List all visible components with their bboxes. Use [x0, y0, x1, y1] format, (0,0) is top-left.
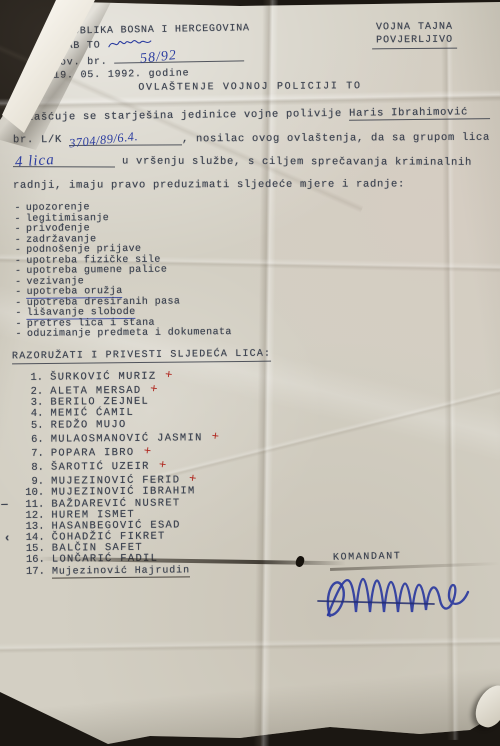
- handwritten-scribble: [106, 36, 152, 51]
- photographed-document: REPUBLIKA BOSNA I HERCEGOVINA ŠTAB TO Po…: [0, 0, 500, 746]
- paragraph-line: radnji, imaju pravo preduzimati sljedeće…: [13, 179, 490, 192]
- pen-tick-mark: ‹: [4, 533, 11, 544]
- red-cross-mark: +: [165, 368, 175, 380]
- paragraph-line: br. L/K 3704/89/6.4., nosilac ovog ovlaš…: [13, 133, 490, 146]
- date-line: 19. 05. 1992. godine: [53, 66, 250, 82]
- classification-block: VOJNA TAJNA POVJERLJIVO: [372, 21, 457, 50]
- handwritten-protocol-number: 58/92: [140, 49, 178, 66]
- group-size-blank: 4 lica: [13, 156, 115, 167]
- persons-list: 1.ŠURKOVIĆ MURIZ+ 2.ALETA MERSAD+ 3.BERI…: [15, 368, 222, 578]
- document-content: REPUBLIKA BOSNA I HERCEGOVINA ŠTAB TO Po…: [0, 0, 500, 746]
- document-title: OVLAŠTENJE VOJNOJ POLICIJI TO: [0, 80, 500, 94]
- confidential-label: POVJERLJIVO: [372, 34, 457, 50]
- pen-dash-mark: —: [1, 500, 7, 511]
- red-cross-mark: +: [158, 458, 168, 470]
- commander-signature-icon: [314, 554, 490, 642]
- section-heading: RAZORUŽATI I PRIVESTI SLJEDEĆA LICA:: [12, 349, 271, 363]
- military-secret-label: VOJNA TAJNA: [372, 21, 457, 35]
- red-cross-mark: +: [211, 429, 221, 441]
- red-cross-mark: +: [143, 444, 153, 456]
- id-card-blank: 3704/89/6.4.: [69, 134, 182, 146]
- handwritten-group-size: 4 lica: [15, 155, 55, 169]
- measure-item: -oduzimanje predmeta i dokumenata: [16, 328, 232, 340]
- handwritten-id-number: 3704/89/6.4.: [69, 131, 139, 150]
- red-cross-mark: +: [150, 382, 160, 394]
- person-row-handwritten-style: 17.Mujezinović Hajrudin: [17, 565, 222, 578]
- authorized-person-name: Haris Ibrahimović: [349, 107, 490, 121]
- paragraph-line: 4 lica u vršenju službe, s ciljem spreča…: [13, 156, 490, 169]
- paragraph-line: Ovlašćuje se starješina jedinice vojne p…: [13, 107, 490, 125]
- red-cross-mark: +: [189, 472, 199, 484]
- measures-list: -upozorenje -legitimisanje -privođenje -…: [14, 202, 231, 340]
- protocol-number-blank: 58/92: [114, 50, 244, 63]
- authorization-paragraph: Ovlašćuje se starješina jedinice vojne p…: [13, 110, 490, 203]
